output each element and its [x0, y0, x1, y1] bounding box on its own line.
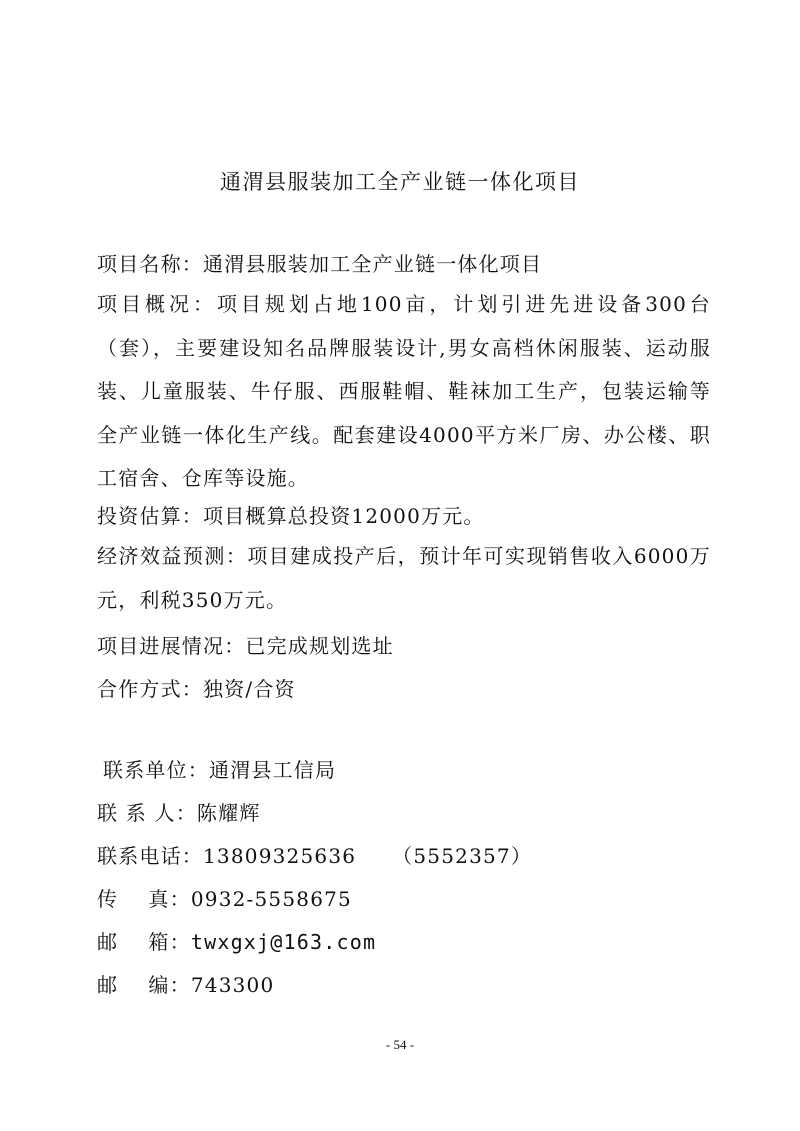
project-name-label: 项目名称： [97, 252, 203, 276]
investment-value: 项目概算总投资12000万元。 [203, 504, 485, 528]
contact-person-value: 陈耀辉 [197, 801, 261, 825]
contact-postcode-value: 743300 [191, 973, 275, 997]
progress-label: 项目进展情况： [97, 634, 245, 658]
contact-unit-label: 联系单位： [103, 758, 209, 782]
contact-fax-label: 传 真： [97, 887, 191, 911]
contact-postcode: 邮 编：743300 [97, 969, 274, 998]
contact-unit: 联系单位：通渭县工信局 [103, 754, 336, 783]
contact-unit-value: 通渭县工信局 [209, 758, 336, 782]
economic-benefit: 经济效益预测：项目建成投产后，预计年可实现销售收入6000万元，利税350万元。 [97, 535, 711, 622]
contact-person-label: 联 系 人： [97, 801, 197, 825]
project-overview: 项目概况：项目规划占地100亩，计划引进先进设备300台（套），主要建设知名品牌… [97, 283, 711, 501]
document-title: 通渭县服装加工全产业链一体化项目 [0, 166, 800, 196]
project-progress: 项目进展情况：已完成规划选址 [97, 630, 394, 659]
benefit-label: 经济效益预测： [97, 544, 247, 568]
project-overview-value: 项目规划占地100亩，计划引进先进设备300台（套），主要建设知名品牌服装设计,… [97, 292, 711, 490]
cooperation-mode: 合作方式：独资/合资 [97, 673, 296, 702]
contact-fax: 传 真：0932-5558675 [97, 883, 352, 912]
contact-postcode-label: 邮 编： [97, 973, 191, 997]
contact-email: 邮 箱：twxgxj@163.com [97, 926, 376, 955]
cooperation-label: 合作方式： [97, 677, 203, 701]
progress-value: 已完成规划选址 [245, 634, 393, 658]
contact-person: 联 系 人：陈耀辉 [97, 797, 261, 826]
contact-fax-value: 0932-5558675 [191, 887, 352, 911]
project-overview-label: 项目概况： [97, 292, 217, 316]
contact-email-value: twxgxj@163.com [191, 930, 376, 954]
cooperation-value: 独资/合资 [203, 677, 296, 701]
contact-phone: 联系电话：13809325636（5552357） [97, 840, 532, 869]
page-number: - 54 - [0, 1037, 800, 1053]
investment-estimate: 投资估算：项目概算总投资12000万元。 [97, 500, 485, 529]
project-name-value: 通渭县服装加工全产业链一体化项目 [203, 252, 542, 276]
contact-email-label: 邮 箱： [97, 930, 191, 954]
contact-phone-value: 13809325636 [203, 844, 356, 868]
contact-phone-extension: （5552357） [392, 844, 532, 868]
investment-label: 投资估算： [97, 504, 203, 528]
document-page: 通渭县服装加工全产业链一体化项目 项目名称：通渭县服装加工全产业链一体化项目 项… [0, 0, 800, 1131]
contact-phone-label: 联系电话： [97, 844, 203, 868]
project-name: 项目名称：通渭县服装加工全产业链一体化项目 [97, 248, 542, 277]
